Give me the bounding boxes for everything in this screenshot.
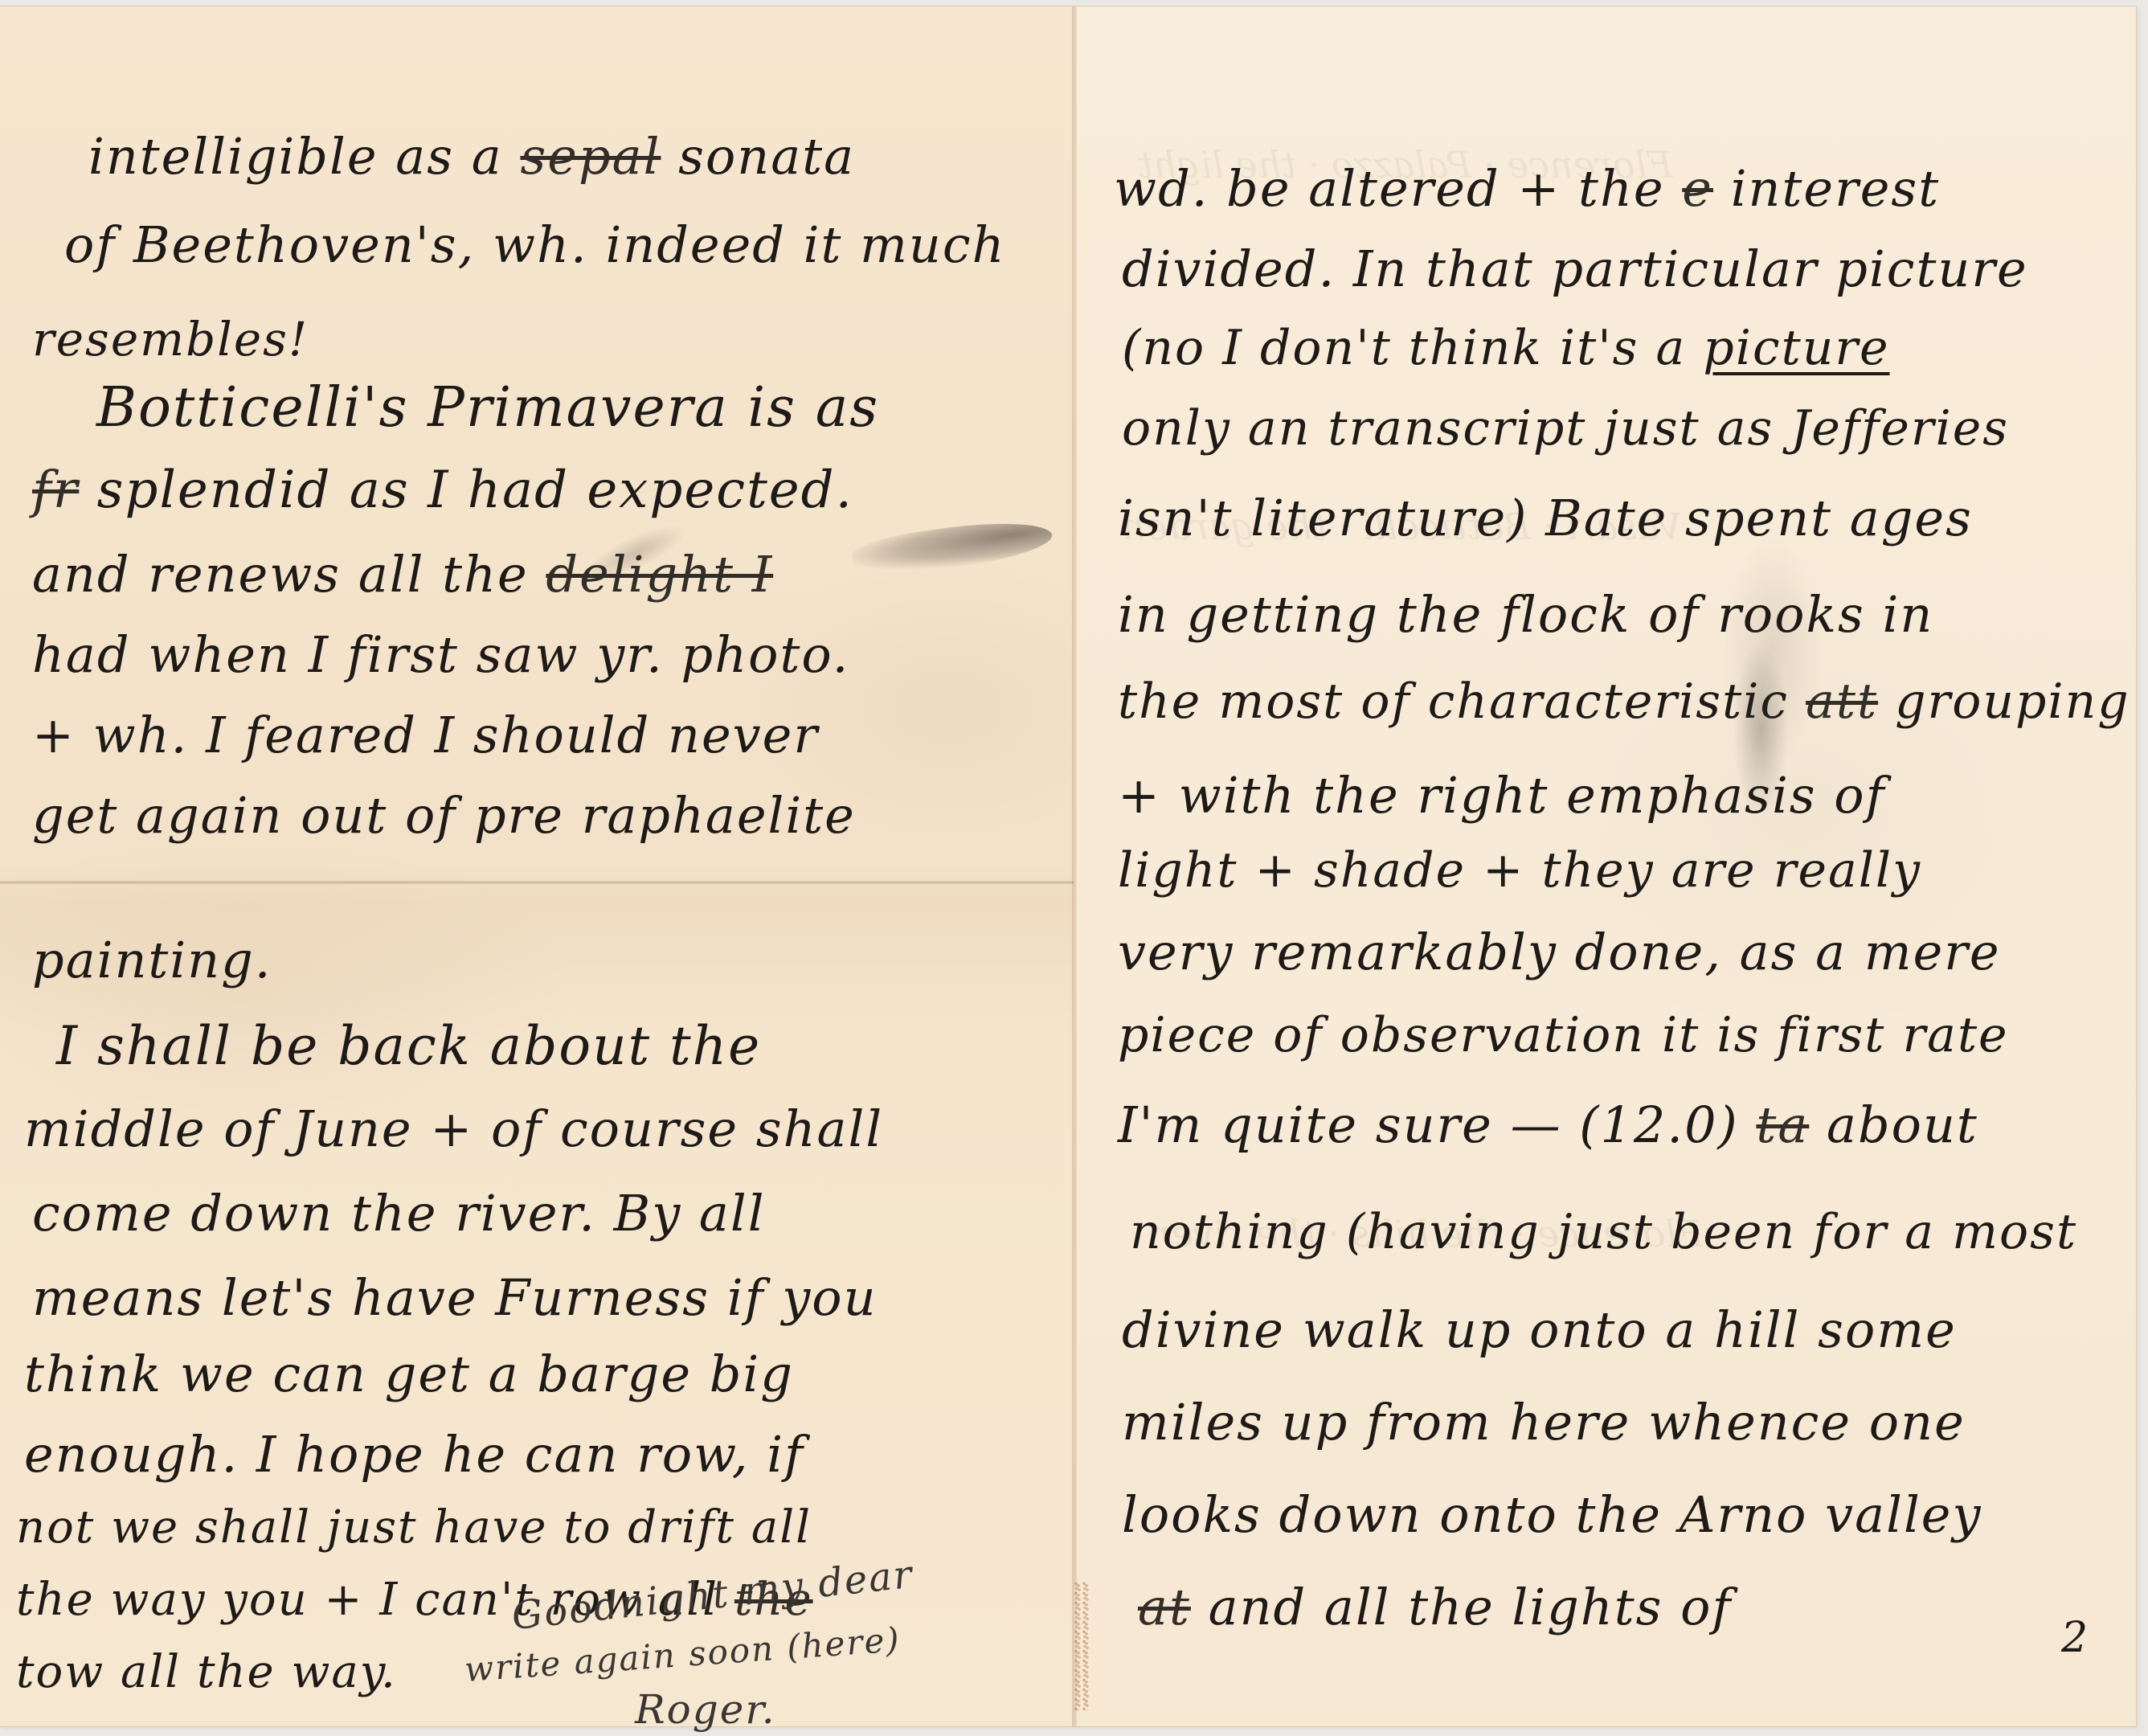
center-fold [1072,6,1077,1726]
letter-line: + wh. I feared I should never [32,706,819,764]
letter-line: painting. [32,931,272,989]
letter-line: light + shade + they are really [1118,842,1921,899]
right-page: Florence · Palazzo · the light Vasari · … [1074,6,2136,1726]
letter-line: piece of observation it is first rate [1118,1007,2009,1063]
letter-line: divine walk up onto a hill some [1122,1300,1957,1359]
letter-line: get again out of pre raphaelite [32,786,856,845]
letter-line: very remarkably done, as a mere [1118,923,2001,981]
letter-line: fr splendid as I had expected. [32,461,853,520]
letter-line: not we shall just have to drift all [16,1501,812,1554]
letter-line: come down the river. By all [32,1184,766,1243]
signature: Roger. [635,1686,776,1733]
letter-line: of Beethoven's, wh. indeed it much [64,215,1006,274]
letter-line: only an transcript just as Jefferies [1122,400,2009,457]
page-number: 2 [2061,1614,2088,1662]
ink-blot [850,514,1055,581]
letter-line: I'm quite sure — (12.0) ta about [1118,1095,1978,1154]
letter-line: divided. In that particular picture [1122,240,2028,298]
letter-line: isn't literature) Bate spent ages [1118,489,1973,547]
horizontal-fold [0,881,1074,884]
letter-line: in getting the flock of rooks in [1118,585,1933,644]
letter-line: tow all the way. [16,1646,397,1698]
letter-line: intelligible as a sepal sonata [88,127,855,186]
letter-line: enough. I hope he can row, if [24,1425,804,1484]
letter-line: means let's have Furness if you [32,1268,878,1327]
letter-line: resembles! [32,312,309,366]
letter-line: the most of characteristic att grouping [1118,674,2130,730]
letter-line: had when I first saw yr. photo. [32,625,849,684]
letter-line: at and all the lights of [1138,1578,1732,1636]
letter-sheet: intelligible as a sepal sonata of Beetho… [0,6,2136,1726]
letter-line: looks down onto the Arno valley [1122,1485,1982,1544]
left-page: intelligible as a sepal sonata of Beetho… [0,6,1074,1726]
letter-line: I shall be back about the [56,1015,761,1077]
letter-line: middle of June + of course shall [24,1099,883,1158]
letter-line: wd. be altered + the e interest [1114,159,1940,218]
scanned-document: intelligible as a sepal sonata of Beetho… [0,0,2148,1736]
letter-line: think we can get a barge big [24,1345,794,1403]
ink-smudge [1733,641,1789,818]
letter-line: (no I don't think it's a picture [1122,320,1890,376]
letter-line: and renews all the delight I [32,545,773,604]
letter-line: Botticelli's Primavera is as [96,376,879,440]
letter-line: miles up from here whence one [1122,1393,1966,1451]
foxing-stain [1074,1582,1090,1710]
letter-line: nothing (having just been for a most [1130,1204,2077,1260]
